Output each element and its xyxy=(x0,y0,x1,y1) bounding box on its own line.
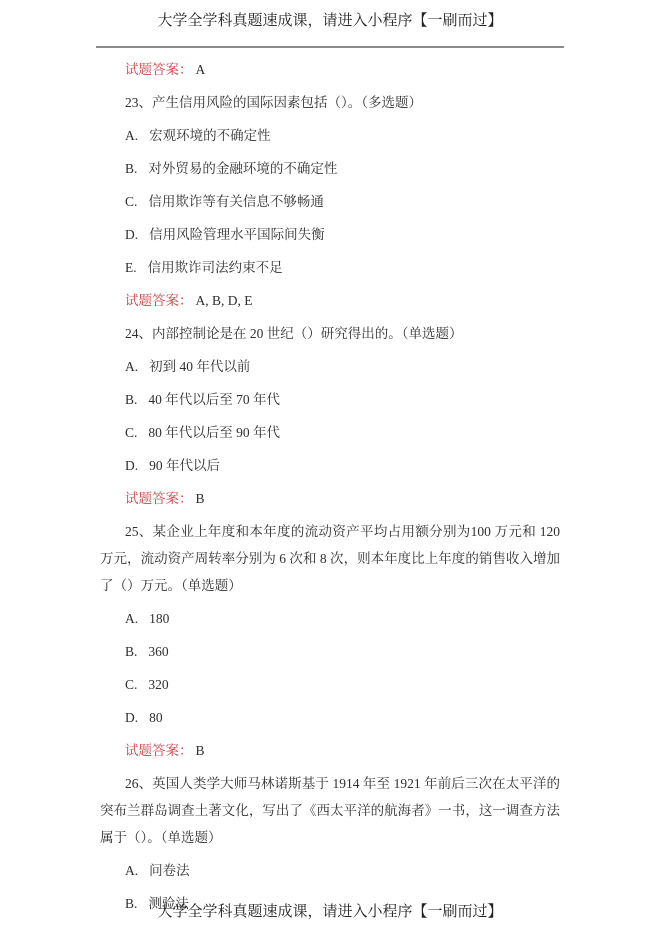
answer-line: 试题答案：B xyxy=(100,485,560,512)
option-row: C.320 xyxy=(100,671,560,698)
page-footer: 大学全学科真题速成课，请进入小程序【一刷而过】 xyxy=(0,902,660,922)
answer-value: B xyxy=(195,743,204,758)
option-text: 问卷法 xyxy=(149,863,190,878)
option-text: 对外贸易的金融环境的不确定性 xyxy=(148,161,337,176)
option-label: A. xyxy=(125,863,138,878)
answer-value: B xyxy=(195,491,204,506)
option-text: 180 xyxy=(149,611,169,626)
document-page: { "header": { "text": "大学全学科真题速成课，请进入小程序… xyxy=(0,0,660,934)
option-label: D. xyxy=(125,710,138,725)
answer-label: 试题答案： xyxy=(125,491,193,506)
option-text: 360 xyxy=(148,644,168,659)
option-label: B. xyxy=(125,392,137,407)
question-text: 24、内部控制论是在 20 世纪（）研究得出的。（单选题） xyxy=(100,320,560,347)
option-row: C.80 年代以后至 90 年代 xyxy=(100,419,560,446)
document-content: 试题答案：A 23、产生信用风险的国际因素包括（）。（多选题） A.宏观环境的不… xyxy=(100,56,560,917)
option-label: D. xyxy=(125,458,138,473)
option-row: B.360 xyxy=(100,638,560,665)
option-row: D.90 年代以后 xyxy=(100,452,560,479)
option-label: A. xyxy=(125,611,138,626)
option-text: 信用欺诈司法约束不足 xyxy=(148,260,283,275)
header-promo-text: 大学全学科真题速成课，请进入小程序【一刷而过】 xyxy=(157,13,502,29)
option-row: E.信用欺诈司法约束不足 xyxy=(100,254,560,281)
option-text: 初到 40 年代以前 xyxy=(149,359,250,374)
option-row: A.宏观环境的不确定性 xyxy=(100,122,560,149)
header-divider xyxy=(96,46,564,48)
option-text: 信用风险管理水平国际间失衡 xyxy=(149,227,325,242)
option-row: B.40 年代以后至 70 年代 xyxy=(100,386,560,413)
option-label: E. xyxy=(125,260,137,275)
option-row: C.信用欺诈等有关信息不够畅通 xyxy=(100,188,560,215)
option-row: D.信用风险管理水平国际间失衡 xyxy=(100,221,560,248)
footer-promo-text: 大学全学科真题速成课，请进入小程序【一刷而过】 xyxy=(157,904,502,920)
option-label: C. xyxy=(125,677,137,692)
answer-value: A xyxy=(195,62,205,77)
option-text: 80 xyxy=(149,710,163,725)
page-header: 大学全学科真题速成课，请进入小程序【一刷而过】 xyxy=(0,0,660,31)
option-label: C. xyxy=(125,194,137,209)
option-row: B.对外贸易的金融环境的不确定性 xyxy=(100,155,560,182)
option-label: D. xyxy=(125,227,138,242)
option-text: 80 年代以后至 90 年代 xyxy=(148,425,280,440)
option-label: C. xyxy=(125,425,137,440)
option-row: A.初到 40 年代以前 xyxy=(100,353,560,380)
question-text: 23、产生信用风险的国际因素包括（）。（多选题） xyxy=(100,89,560,116)
question-text: 25、某企业上年度和本年度的流动资产平均占用额分别为100 万元和 120 万元… xyxy=(100,518,560,599)
option-row: A.问卷法 xyxy=(100,857,560,884)
option-row: A.180 xyxy=(100,605,560,632)
answer-label: 试题答案： xyxy=(125,743,193,758)
answer-line: 试题答案：A xyxy=(100,56,560,83)
option-row: D.80 xyxy=(100,704,560,731)
answer-label: 试题答案： xyxy=(125,293,193,308)
option-text: 信用欺诈等有关信息不够畅通 xyxy=(148,194,324,209)
question-text: 26、英国人类学大师马林诺斯基于 1914 年至 1921 年前后三次在太平洋的… xyxy=(100,770,560,851)
answer-line: 试题答案：B xyxy=(100,737,560,764)
option-label: B. xyxy=(125,644,137,659)
option-text: 320 xyxy=(148,677,168,692)
option-label: A. xyxy=(125,359,138,374)
answer-value: A, B, D, E xyxy=(195,293,252,308)
option-text: 40 年代以后至 70 年代 xyxy=(148,392,280,407)
option-text: 90 年代以后 xyxy=(149,458,220,473)
option-label: A. xyxy=(125,128,138,143)
answer-line: 试题答案：A, B, D, E xyxy=(100,287,560,314)
option-label: B. xyxy=(125,161,137,176)
option-text: 宏观环境的不确定性 xyxy=(149,128,271,143)
answer-label: 试题答案： xyxy=(125,62,193,77)
